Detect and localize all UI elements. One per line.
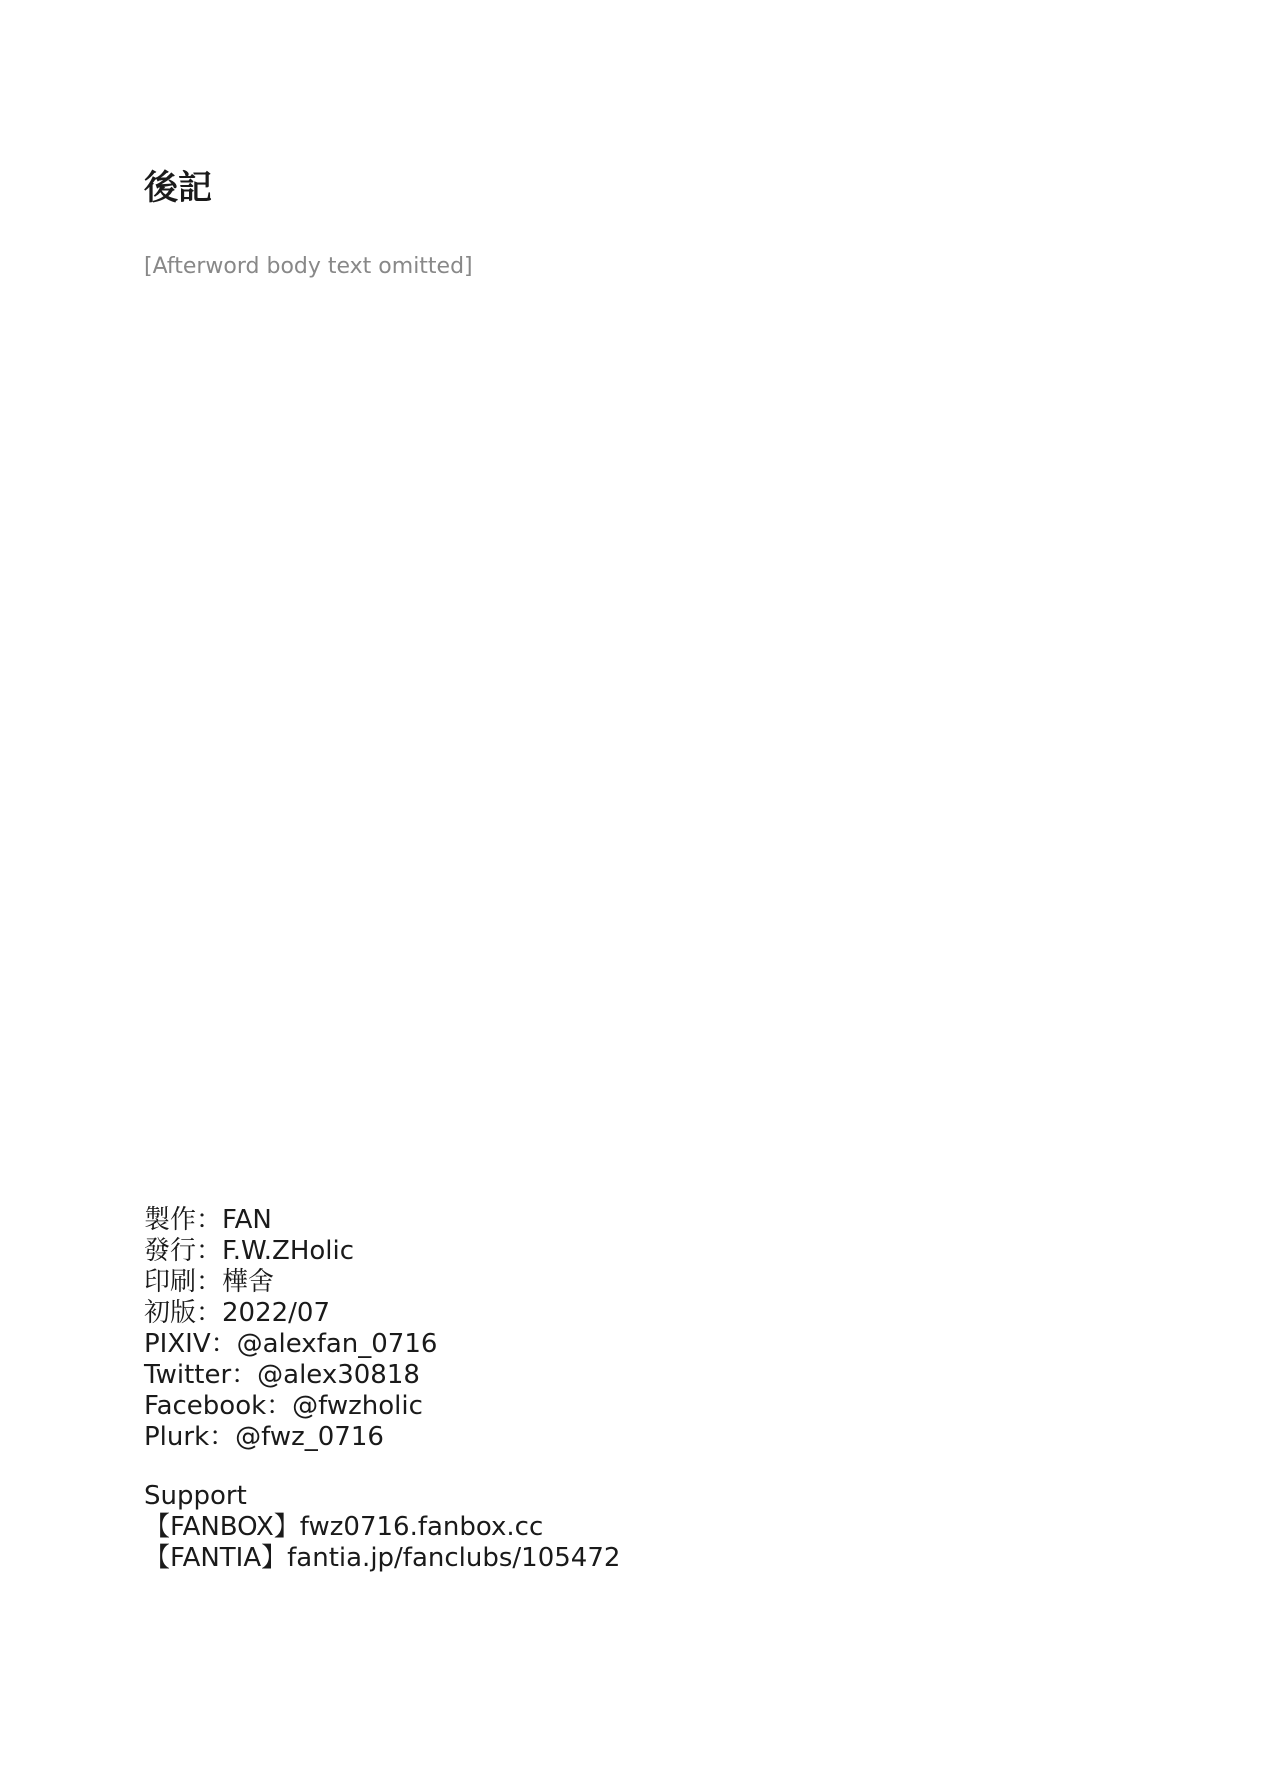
support-heading: Support bbox=[144, 1481, 620, 1512]
page-title: 後記 bbox=[144, 160, 1164, 209]
body-placeholder: [Afterword body text omitted] bbox=[144, 249, 1164, 284]
credit-pixiv: PIXIV：@alexfan_0716 bbox=[144, 1329, 620, 1360]
support-link-fantia: 【FANTIA】fantia.jp/fanclubs/105472 bbox=[144, 1543, 620, 1574]
afterword-page: 後記 [Afterword body text omitted] bbox=[144, 160, 1164, 1009]
support-link-fanbox: 【FANBOX】fwz0716.fanbox.cc bbox=[144, 1512, 620, 1543]
support-section: Support 【FANBOX】fwz0716.fanbox.cc 【FANTI… bbox=[144, 1481, 620, 1574]
credit-plurk: Plurk：@fwz_0716 bbox=[144, 1422, 620, 1453]
credit-publisher: 發行：F.W.ZHolic bbox=[144, 1236, 620, 1267]
credit-printer: 印刷：樺舍 bbox=[144, 1267, 620, 1298]
afterword-body: [Afterword body text omitted] bbox=[144, 249, 1164, 1009]
credit-first-edition: 初版：2022/07 bbox=[144, 1298, 620, 1329]
credit-facebook: Facebook：@fwzholic bbox=[144, 1391, 620, 1422]
credit-producer: 製作：FAN bbox=[144, 1205, 620, 1236]
colophon: 製作：FAN 發行：F.W.ZHolic 印刷：樺舍 初版：2022/07 PI… bbox=[144, 1205, 620, 1574]
credit-twitter: Twitter：@alex30818 bbox=[144, 1360, 620, 1391]
